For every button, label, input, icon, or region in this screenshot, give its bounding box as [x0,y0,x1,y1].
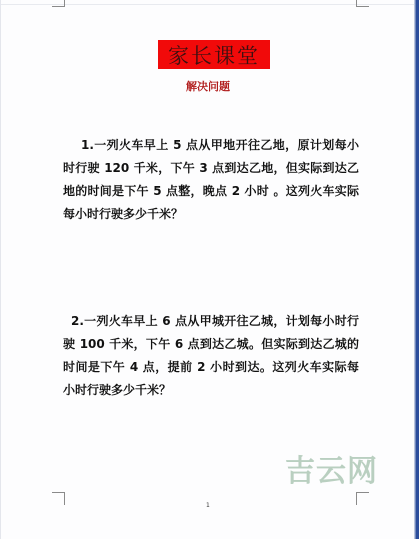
problem-1: 1.一列火车早上 5 点从甲地开往乙地，原计划每小时行驶 120 千米，下午 3… [63,134,359,226]
document-title-banner: 家长课堂 [158,40,270,69]
problem-2: 2.一列火车早上 6 点从甲城开往乙城，计划每小时行驶 100 千米，下午 6 … [63,310,359,402]
window-right-border [414,0,419,539]
page-number: 1 [206,502,210,509]
crop-mark-top-right [356,0,369,7]
crop-mark-bottom-right [356,492,369,505]
crop-mark-bottom-left [52,492,65,505]
document-subtitle: 解决问题 [1,78,415,94]
document-title: 家长课堂 [168,40,260,70]
watermark-logo: 吉云网 [285,446,378,490]
crop-mark-top-left [52,0,65,7]
document-page: 家长课堂 解决问题 1.一列火车早上 5 点从甲地开往乙地，原计划每小时行驶 1… [0,0,415,539]
